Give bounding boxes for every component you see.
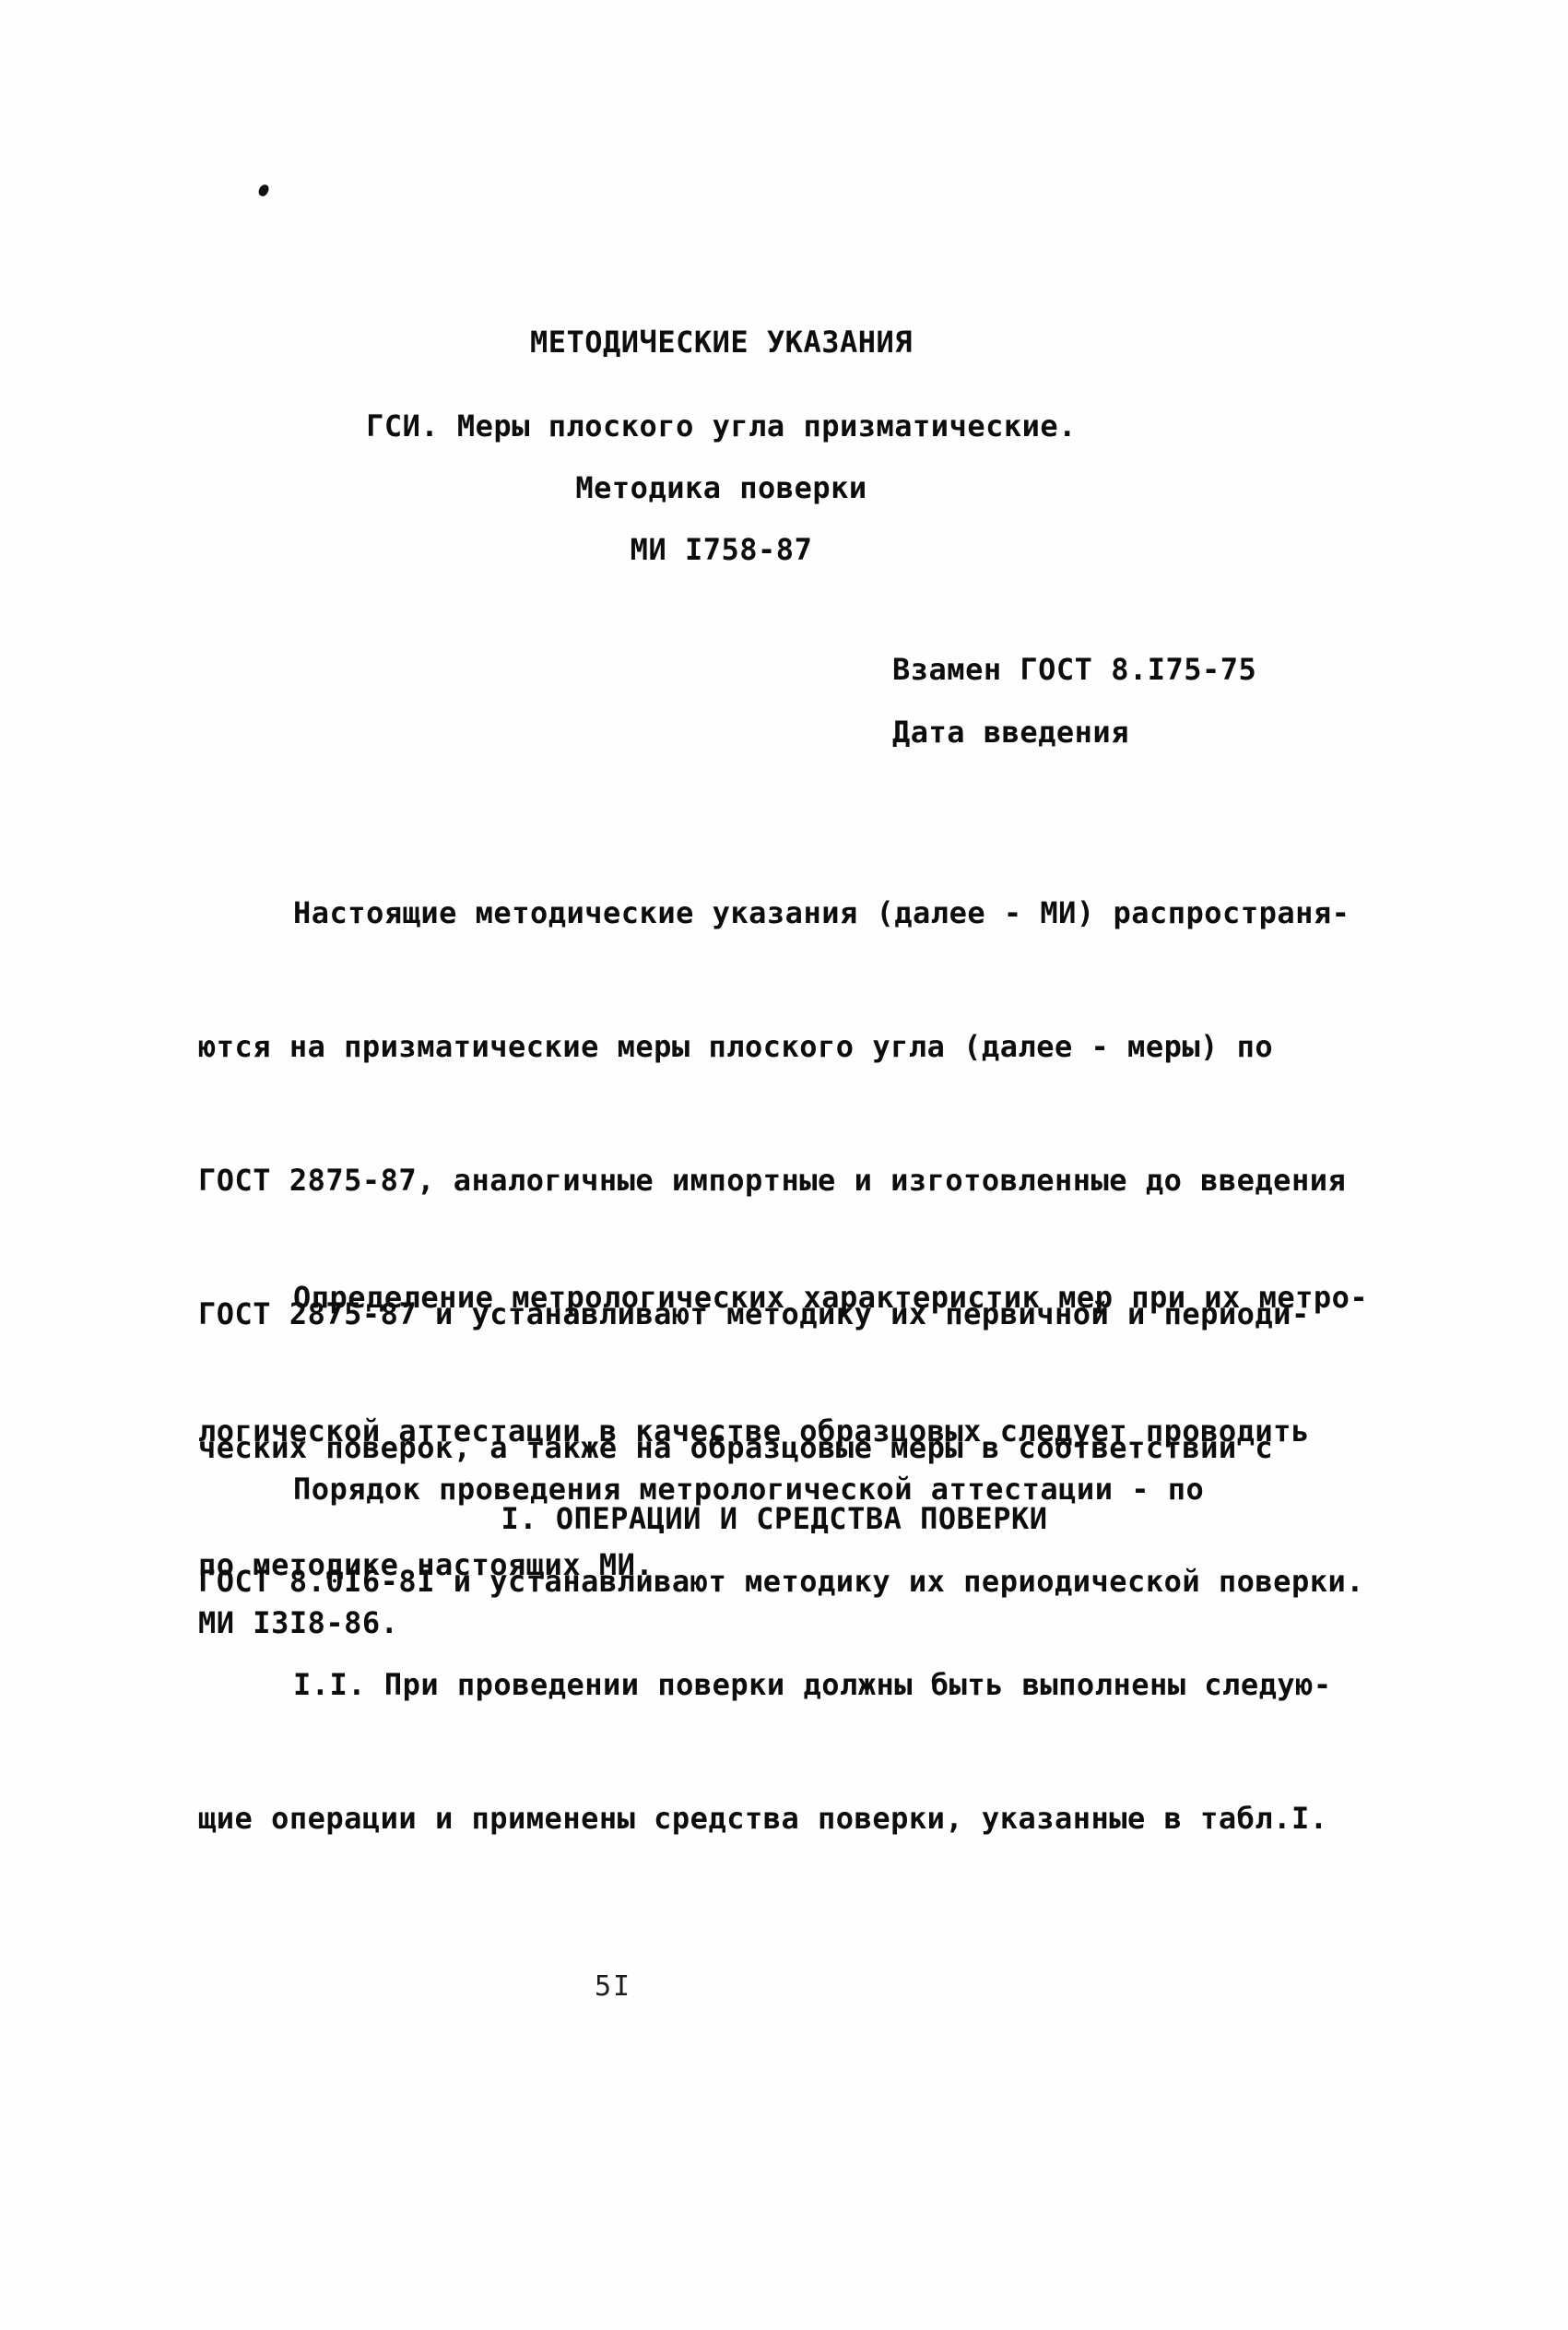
replaces-note: Взамен ГОСТ 8.I75-75: [892, 651, 1256, 688]
scanned-document-page: МЕТОДИЧЕСКИЕ УКАЗАНИЯ ГСИ. Меры плоского…: [0, 0, 1568, 2330]
text-line: Определение метрологических характеристи…: [198, 1266, 1424, 1330]
document-subtitle: ГСИ. Меры плоского угла призматические.: [198, 408, 1244, 444]
page-number: 5I: [595, 1970, 631, 2003]
text-line: щие операции и применены средства поверк…: [198, 1787, 1424, 1851]
document-number: МИ I758-87: [198, 532, 1244, 567]
scan-artifact: [257, 183, 270, 197]
text-line: Настоящие методические указания (далее -…: [198, 881, 1424, 945]
text-line: ются на призматические меры плоского угл…: [198, 1015, 1424, 1079]
paragraph-1-1: I.I. При проведении поверки должны быть …: [198, 1583, 1424, 1921]
section-1-heading: I. ОПЕРАЦИИ И СРЕДСТВА ПОВЕРКИ: [198, 1501, 1350, 1536]
document-method-line: Методика поверки: [198, 470, 1244, 505]
text-line: I.I. При проведении поверки должны быть …: [198, 1653, 1424, 1717]
effective-date-label: Дата введения: [892, 714, 1129, 751]
document-title: МЕТОДИЧЕСКИЕ УКАЗАНИЯ: [198, 325, 1244, 360]
